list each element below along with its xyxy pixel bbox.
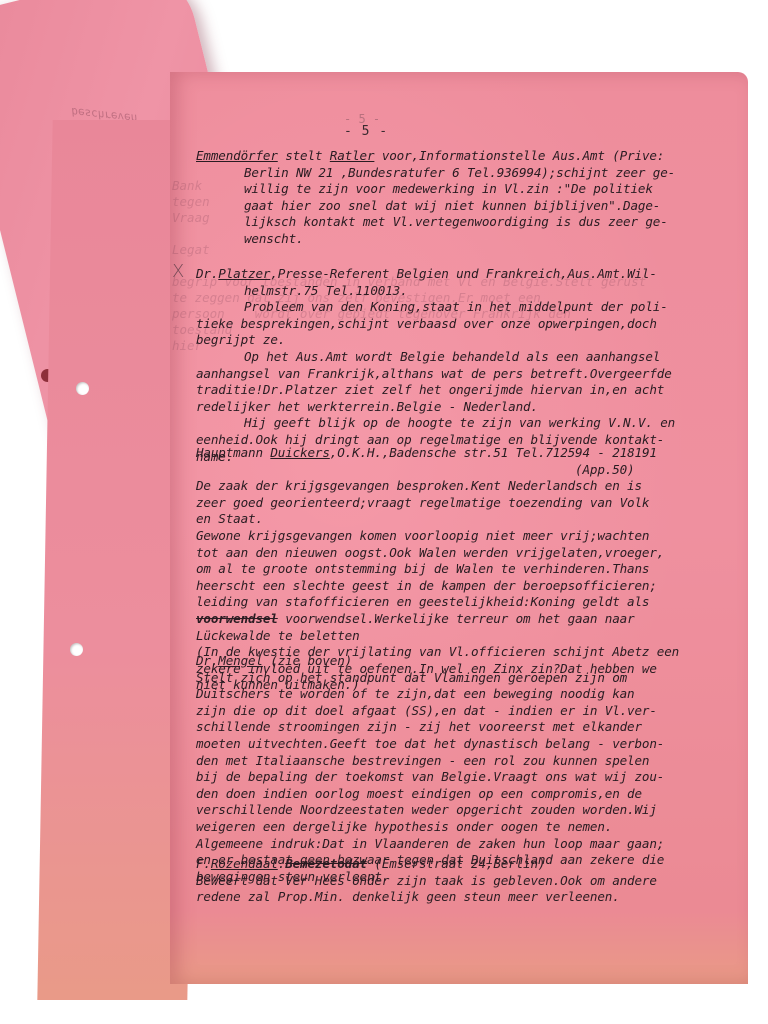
memo-text: begrijpt ze. <box>196 332 285 347</box>
memo-text: wenscht. <box>244 231 303 246</box>
memo-line: voorwendsel voorwendsel.Werkelijke terre… <box>196 611 756 628</box>
memo-line: zeer goed georienteerd;vraagt regelmatig… <box>196 495 756 512</box>
memo-line: leiding van stafofficieren en geestelijk… <box>196 594 756 611</box>
memo-line: zijn die op dit doel afgaat (SS),en dat … <box>196 703 756 720</box>
memo-line: redene zal Prop.Min. denkelijk geen steu… <box>196 889 756 906</box>
entry-emmendorfer: Emmendörfer stelt Ratler voor,Informatio… <box>196 148 756 248</box>
memo-line: Stelt zich op het standpunt dat Vlaminge… <box>196 670 756 687</box>
memo-line: den met Italiaansche bestrevingen - een … <box>196 753 756 770</box>
memo-line: (App.50) <box>196 462 756 479</box>
memo-line: tot aan den nieuwen oogst.Ook Walen werd… <box>196 545 756 562</box>
memo-line: helmstr.75 Tel.110013. <box>196 283 756 300</box>
underlined-name: Platzer <box>218 266 270 281</box>
memo-text: helmstr.75 Tel.110013. <box>244 283 408 298</box>
memo-text: lijksch kontakt met Vl.vertegenwoordigin… <box>244 214 668 229</box>
struck-text: voorwendsel <box>196 611 278 626</box>
memo-text: Op het Aus.Amt wordt Belgie behandeld al… <box>244 349 660 364</box>
underlined-name: Ratler <box>330 148 375 163</box>
memo-text: verschillende Noordzeestaten weder opger… <box>196 802 657 817</box>
memo-text: (Emserstraat 24,Berlin) <box>367 856 545 871</box>
memo-text: voorwendsel.Werkelijke terreur om het ga… <box>278 611 635 626</box>
memo-line: begrijpt ze. <box>196 332 756 349</box>
punch-hole-lower <box>70 643 83 656</box>
memo-text: bij de bepaling der toekomst van Belgie.… <box>196 769 664 784</box>
memo-text: zeer goed georienteerd;vraagt regelmatig… <box>196 495 649 510</box>
memo-text: om al te groote ontstemming bij de Walen… <box>196 561 649 576</box>
memo-text: Hauptmann <box>196 445 270 460</box>
memo-text: Stelt zich op het standpunt dat Vlaminge… <box>196 670 627 685</box>
memo-line: den doen indien oorlog moest eindigen op… <box>196 786 756 803</box>
memo-text: Berlin NW 21 ,Bundesratufer 6 Tel.936994… <box>244 165 675 180</box>
memo-text: willig te zijn voor medewerking in Vl.zi… <box>244 181 653 196</box>
memo-text: stelt <box>278 148 330 163</box>
memo-line: Op het Aus.Amt wordt Belgie behandeld al… <box>196 349 756 366</box>
memo-text: tieke besprekingen,schijnt verbaasd over… <box>196 316 657 331</box>
entry-platzer: Dr.Platzer,Presse-Referent Belgien und F… <box>196 266 756 465</box>
memo-text: Gewone krijgsgevangen komen voorloopig n… <box>196 528 649 543</box>
memo-line: weigeren een dergelijke hypothesis onder… <box>196 819 756 836</box>
memo-text: ,O.K.H.,Badensche str.51 Tel.712594 - 21… <box>330 445 657 460</box>
memo-text: Algemeene indruk:Dat in Vlaanderen de za… <box>196 836 664 851</box>
memo-line: Hauptmann Duickers,O.K.H.,Badensche str.… <box>196 445 756 462</box>
underlined-name: Emmendörfer <box>196 148 278 163</box>
memo-text: Hij geeft blijk op de hoogte te zijn van… <box>244 415 675 430</box>
memo-line: en Staat. <box>196 511 756 528</box>
memo-line: moeten uitvechten.Geeft toe dat het dyna… <box>196 736 756 753</box>
memo-text: zijn die op dit doel afgaat (SS),en dat … <box>196 703 657 718</box>
memo-line: verschillende Noordzeestaten weder opger… <box>196 802 756 819</box>
memo-text: tot aan den nieuwen oogst.Ook Walen werd… <box>196 545 664 560</box>
punch-hole-upper <box>76 382 89 395</box>
memo-text: redelijker het werkterrein.Belgie - Nede… <box>196 399 538 414</box>
memo-text: leiding van stafofficieren en geestelijk… <box>196 594 649 609</box>
memo-line: wenscht. <box>196 231 756 248</box>
memo-text: Duitschers te worden of te zijn,dat een … <box>196 686 635 701</box>
underlined-name: Duickers <box>270 445 329 460</box>
memo-line: De zaak der krijgsgevangen besproken.Ken… <box>196 478 756 495</box>
memo-text: F. <box>196 856 211 871</box>
memo-line: heerscht een slechte geest in de kampen … <box>196 578 756 595</box>
memo-line: bij de bepaling der toekomst van Belgie.… <box>196 769 756 786</box>
memo-text: De zaak der krijgsgevangen besproken.Ken… <box>196 478 642 493</box>
memo-line: willig te zijn voor medewerking in Vl.zi… <box>196 181 756 198</box>
memo-text: en Staat. <box>196 511 263 526</box>
memo-text: (zie boven) <box>263 653 352 668</box>
memo-line: lijksch kontakt met Vl.vertegenwoordigin… <box>196 214 756 231</box>
memo-line: Dr.Platzer,Presse-Referent Belgien und F… <box>196 266 756 283</box>
memo-line: Emmendörfer stelt Ratler voor,Informatio… <box>196 148 756 165</box>
memo-line: Duitschers te worden of te zijn,dat een … <box>196 686 756 703</box>
memo-line: om al te groote ontstemming bij de Walen… <box>196 561 756 578</box>
page-number: - 5 - <box>344 124 388 139</box>
underlined-name: Mengel <box>218 653 263 668</box>
memo-text: moeten uitvechten.Geeft toe dat het dyna… <box>196 736 664 751</box>
memo-line: F.Rozendaal.Bemezetodat (Emserstraat 24,… <box>196 856 756 873</box>
memo-text: den doen indien oorlog moest eindigen op… <box>196 786 642 801</box>
memo-text: traditie!Dr.Platzer ziet zelf het ongeri… <box>196 382 664 397</box>
memo-line: Berlin NW 21 ,Bundesratufer 6 Tel.936994… <box>196 165 756 182</box>
memo-line: Algemeene indruk:Dat in Vlaanderen de za… <box>196 836 756 853</box>
memo-text: Lückewalde te beletten <box>196 628 360 643</box>
memo-text: Probleem van den Koning,staat in het mid… <box>244 299 668 314</box>
memo-line: traditie!Dr.Platzer ziet zelf het ongeri… <box>196 382 756 399</box>
memo-text: Dr. <box>196 653 218 668</box>
memo-line: Beweert dat Ver Hees onder zijn taak is … <box>196 873 756 890</box>
memo-text: Beweert dat Ver Hees onder zijn taak is … <box>196 873 657 888</box>
memo-text: weigeren een dergelijke hypothesis onder… <box>196 819 612 834</box>
memo-text: redene zal Prop.Min. denkelijk geen steu… <box>196 889 620 904</box>
memo-text: gaat hier zoo snel dat wij niet kunnen b… <box>244 198 660 213</box>
memo-text: voor,Informationstelle Aus.Amt (Prive: <box>374 148 664 163</box>
memo-line: Lückewalde te beletten <box>196 628 756 645</box>
memo-line: Gewone krijgsgevangen komen voorloopig n… <box>196 528 756 545</box>
memo-line: redelijker het werkterrein.Belgie - Nede… <box>196 399 756 416</box>
memo-line: Dr.Mengel (zie boven) <box>196 653 756 670</box>
memo-text: heerscht een slechte geest in de kampen … <box>196 578 657 593</box>
entry-rozendaal: F.Rozendaal.Bemezetodat (Emserstraat 24,… <box>196 856 756 906</box>
memo-line: gaat hier zoo snel dat wij niet kunnen b… <box>196 198 756 215</box>
entry-mengel: Dr.Mengel (zie boven)Stelt zich op het s… <box>196 653 756 885</box>
memo-text: aanhangsel van Frankrijk,althans wat de … <box>196 366 672 381</box>
memo-line: tieke besprekingen,schijnt verbaasd over… <box>196 316 756 333</box>
memo-text: den met Italiaansche bestrevingen - een … <box>196 753 649 768</box>
memo-line: Hij geeft blijk op de hoogte te zijn van… <box>196 415 756 432</box>
handwritten-x-mark: X <box>172 264 184 281</box>
underlined-name: Rozendaal <box>211 856 278 871</box>
memo-text: (App.50) <box>196 462 635 477</box>
memo-line: aanhangsel van Frankrijk,althans wat de … <box>196 366 756 383</box>
struck-text: Bemezetodat <box>285 856 367 871</box>
memo-line: Probleem van den Koning,staat in het mid… <box>196 299 756 316</box>
memo-text: ,Presse-Referent Belgien und Frankreich,… <box>270 266 656 281</box>
memo-text: schillende stroomingen zijn - zij het vo… <box>196 719 642 734</box>
memo-text: Dr. <box>196 266 218 281</box>
memo-line: schillende stroomingen zijn - zij het vo… <box>196 719 756 736</box>
